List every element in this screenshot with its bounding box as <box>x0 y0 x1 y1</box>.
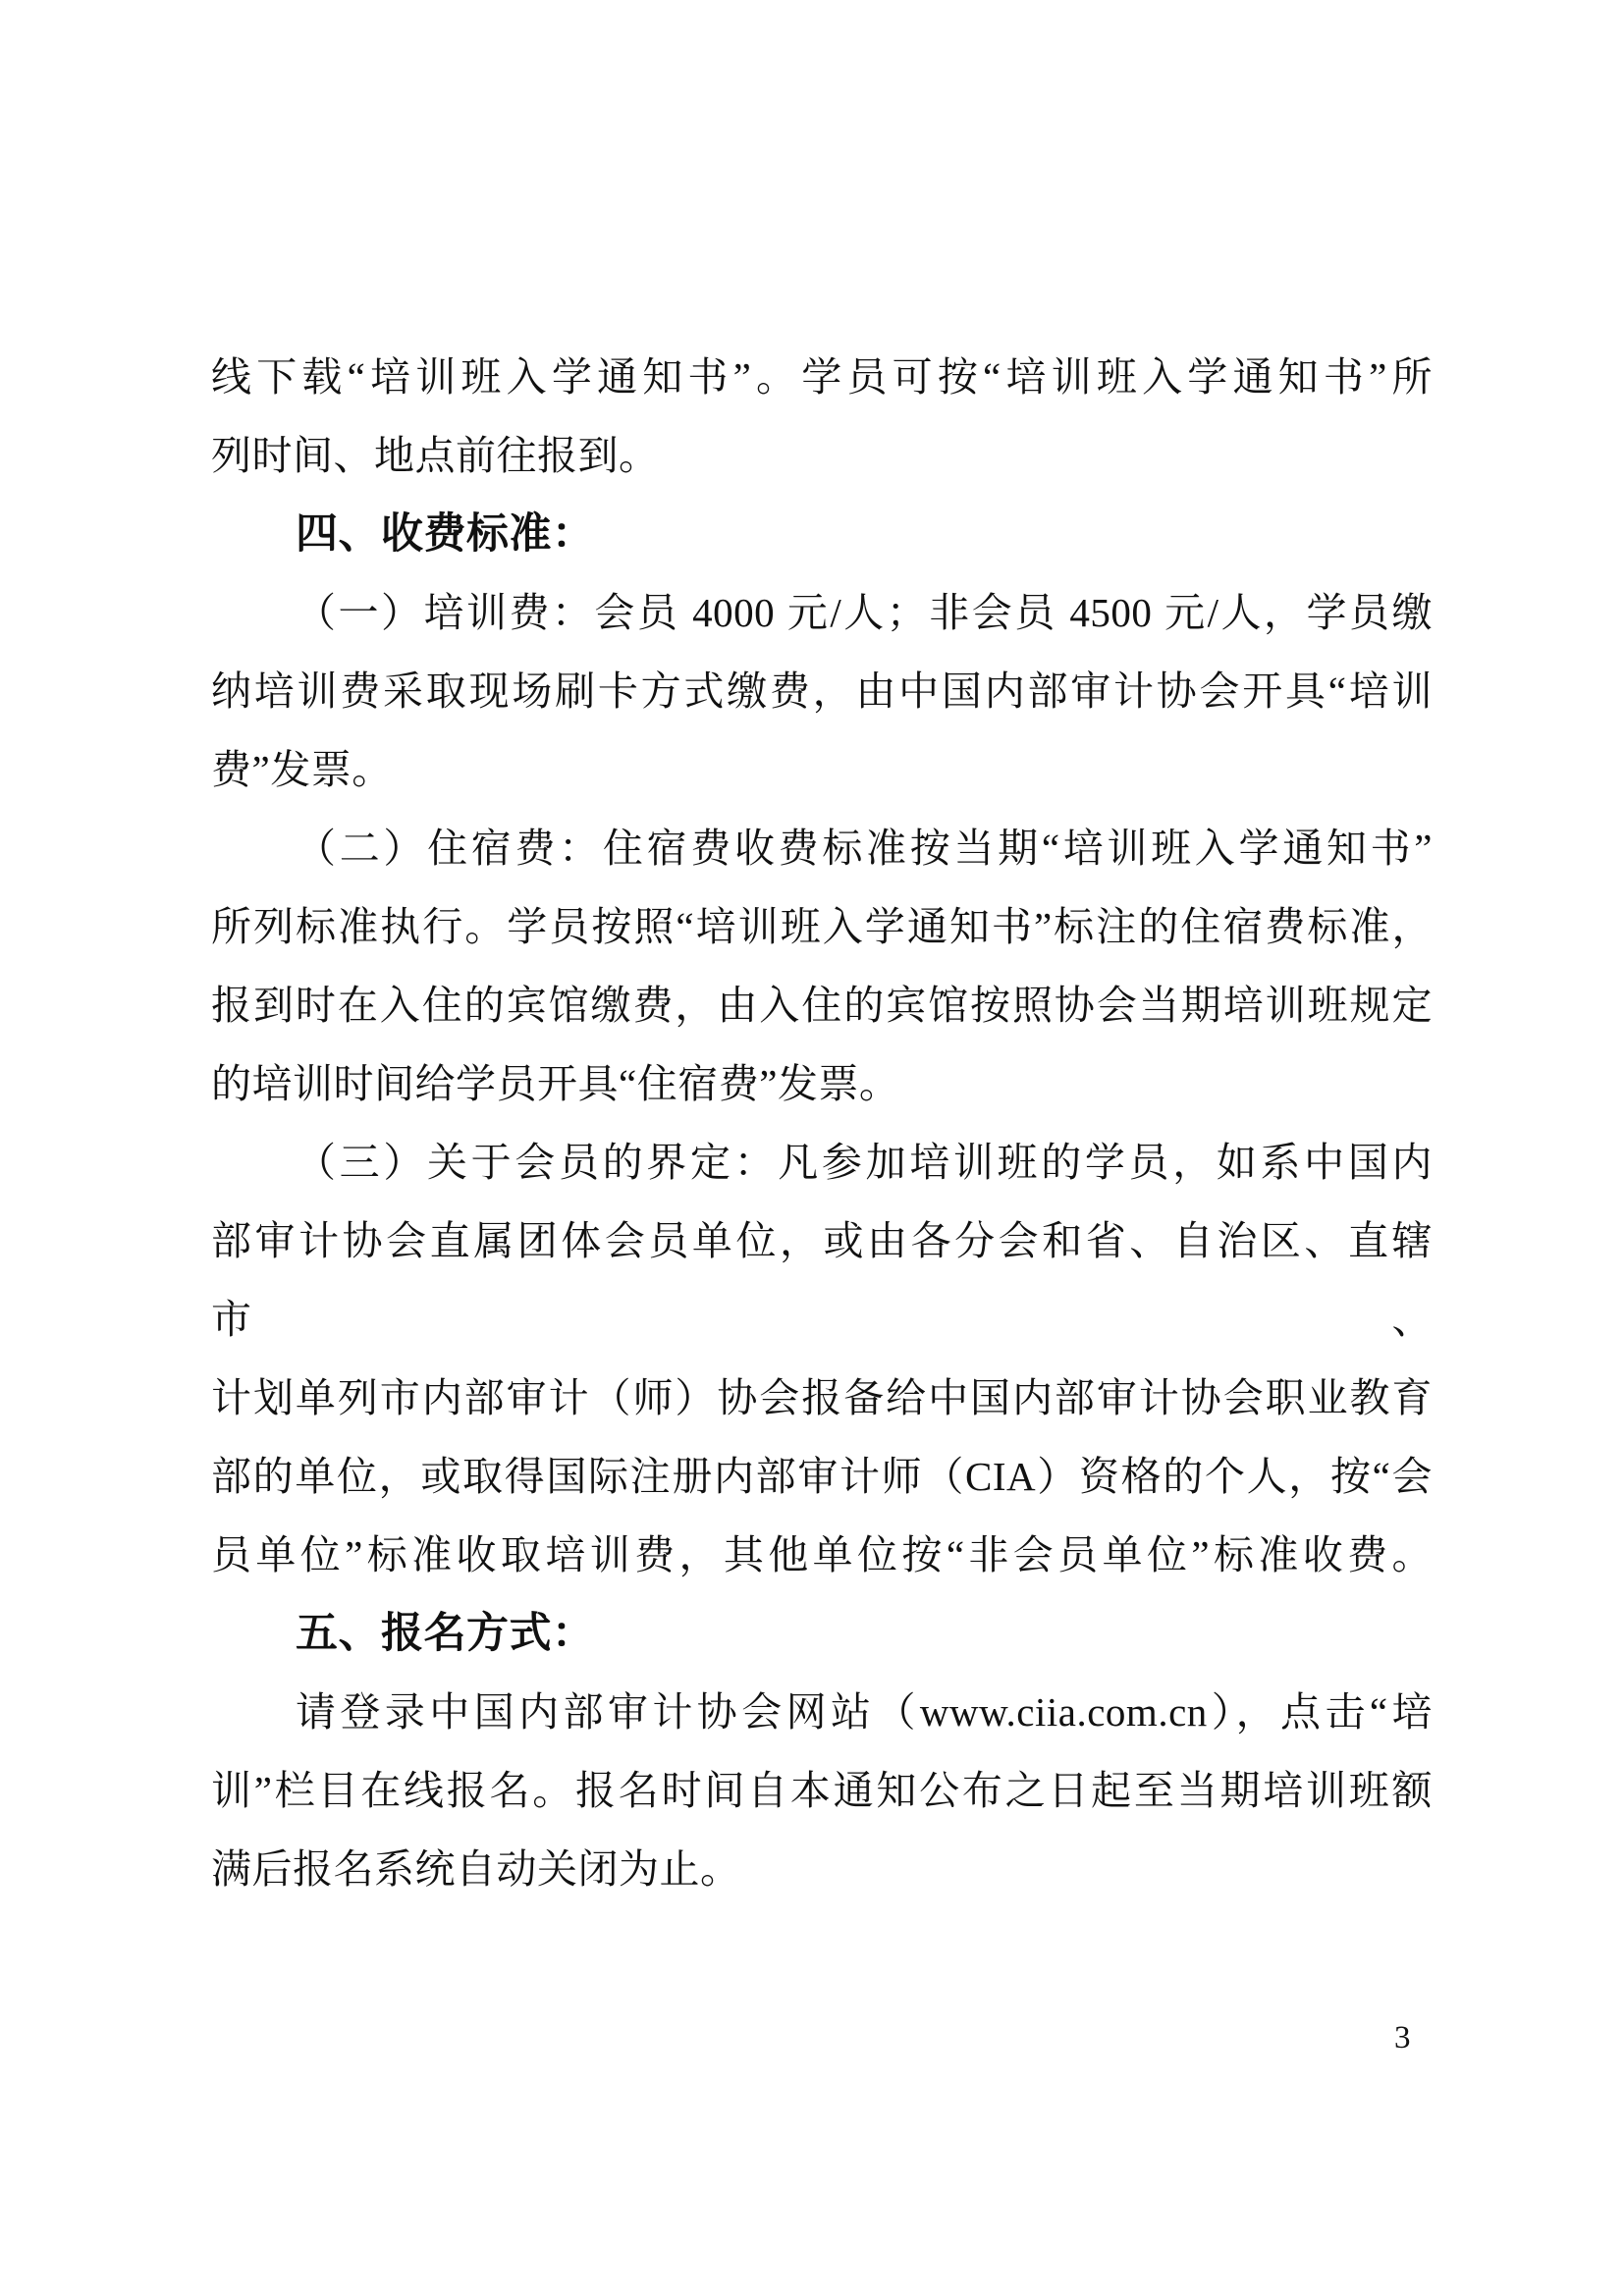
text-line: 请登录中国内部审计协会网站（www.ciia.com.cn），点击“培 <box>211 1673 1433 1751</box>
text-line: （三）关于会员的界定：凡参加培训班的学员，如系中国内 <box>211 1123 1433 1201</box>
text-line: 列时间、地点前往报到。 <box>211 416 1433 495</box>
text-line: 报到时在入住的宾馆缴费，由入住的宾馆按照协会当期培训班规定 <box>211 966 1433 1044</box>
text-line: 员单位”标准收取培训费，其他单位按“非会员单位”标准收费。 <box>211 1516 1433 1594</box>
text-line: 费”发票。 <box>211 730 1433 809</box>
text-line: （一）培训费：会员 4000 元/人；非会员 4500 元/人，学员缴 <box>211 573 1433 652</box>
text-line: 所列标准执行。学员按照“培训班入学通知书”标注的住宿费标准， <box>211 887 1433 966</box>
document-text-block: 线下载“培训班入学通知书”。学员可按“培训班入学通知书”所 列时间、地点前往报到… <box>211 338 1433 1908</box>
text-line: 的培训时间给学员开具“住宿费”发票。 <box>211 1044 1433 1123</box>
text-line: 部的单位，或取得国际注册内部审计师（CIA）资格的个人，按“会 <box>211 1437 1433 1516</box>
text-line: 满后报名系统自动关闭为止。 <box>211 1830 1433 1908</box>
section-heading-registration: 五、报名方式： <box>211 1594 1433 1673</box>
text-line: 纳培训费采取现场刷卡方式缴费，由中国内部审计协会开具“培训 <box>211 652 1433 730</box>
page-number: 3 <box>1394 2018 1411 2057</box>
text-line: （二）住宿费：住宿费收费标准按当期“培训班入学通知书” <box>211 809 1433 887</box>
text-line: 训”栏目在线报名。报名时间自本通知公布之日起至当期培训班额 <box>211 1751 1433 1830</box>
text-line: 部审计协会直属团体会员单位，或由各分会和省、自治区、直辖市、 <box>211 1201 1433 1359</box>
section-heading-fees: 四、收费标准： <box>211 495 1433 573</box>
text-line: 线下载“培训班入学通知书”。学员可按“培训班入学通知书”所 <box>211 338 1433 416</box>
document-page: 线下载“培训班入学通知书”。学员可按“培训班入学通知书”所 列时间、地点前往报到… <box>0 0 1624 2296</box>
text-line: 计划单列市内部审计（师）协会报备给中国内部审计协会职业教育 <box>211 1359 1433 1437</box>
